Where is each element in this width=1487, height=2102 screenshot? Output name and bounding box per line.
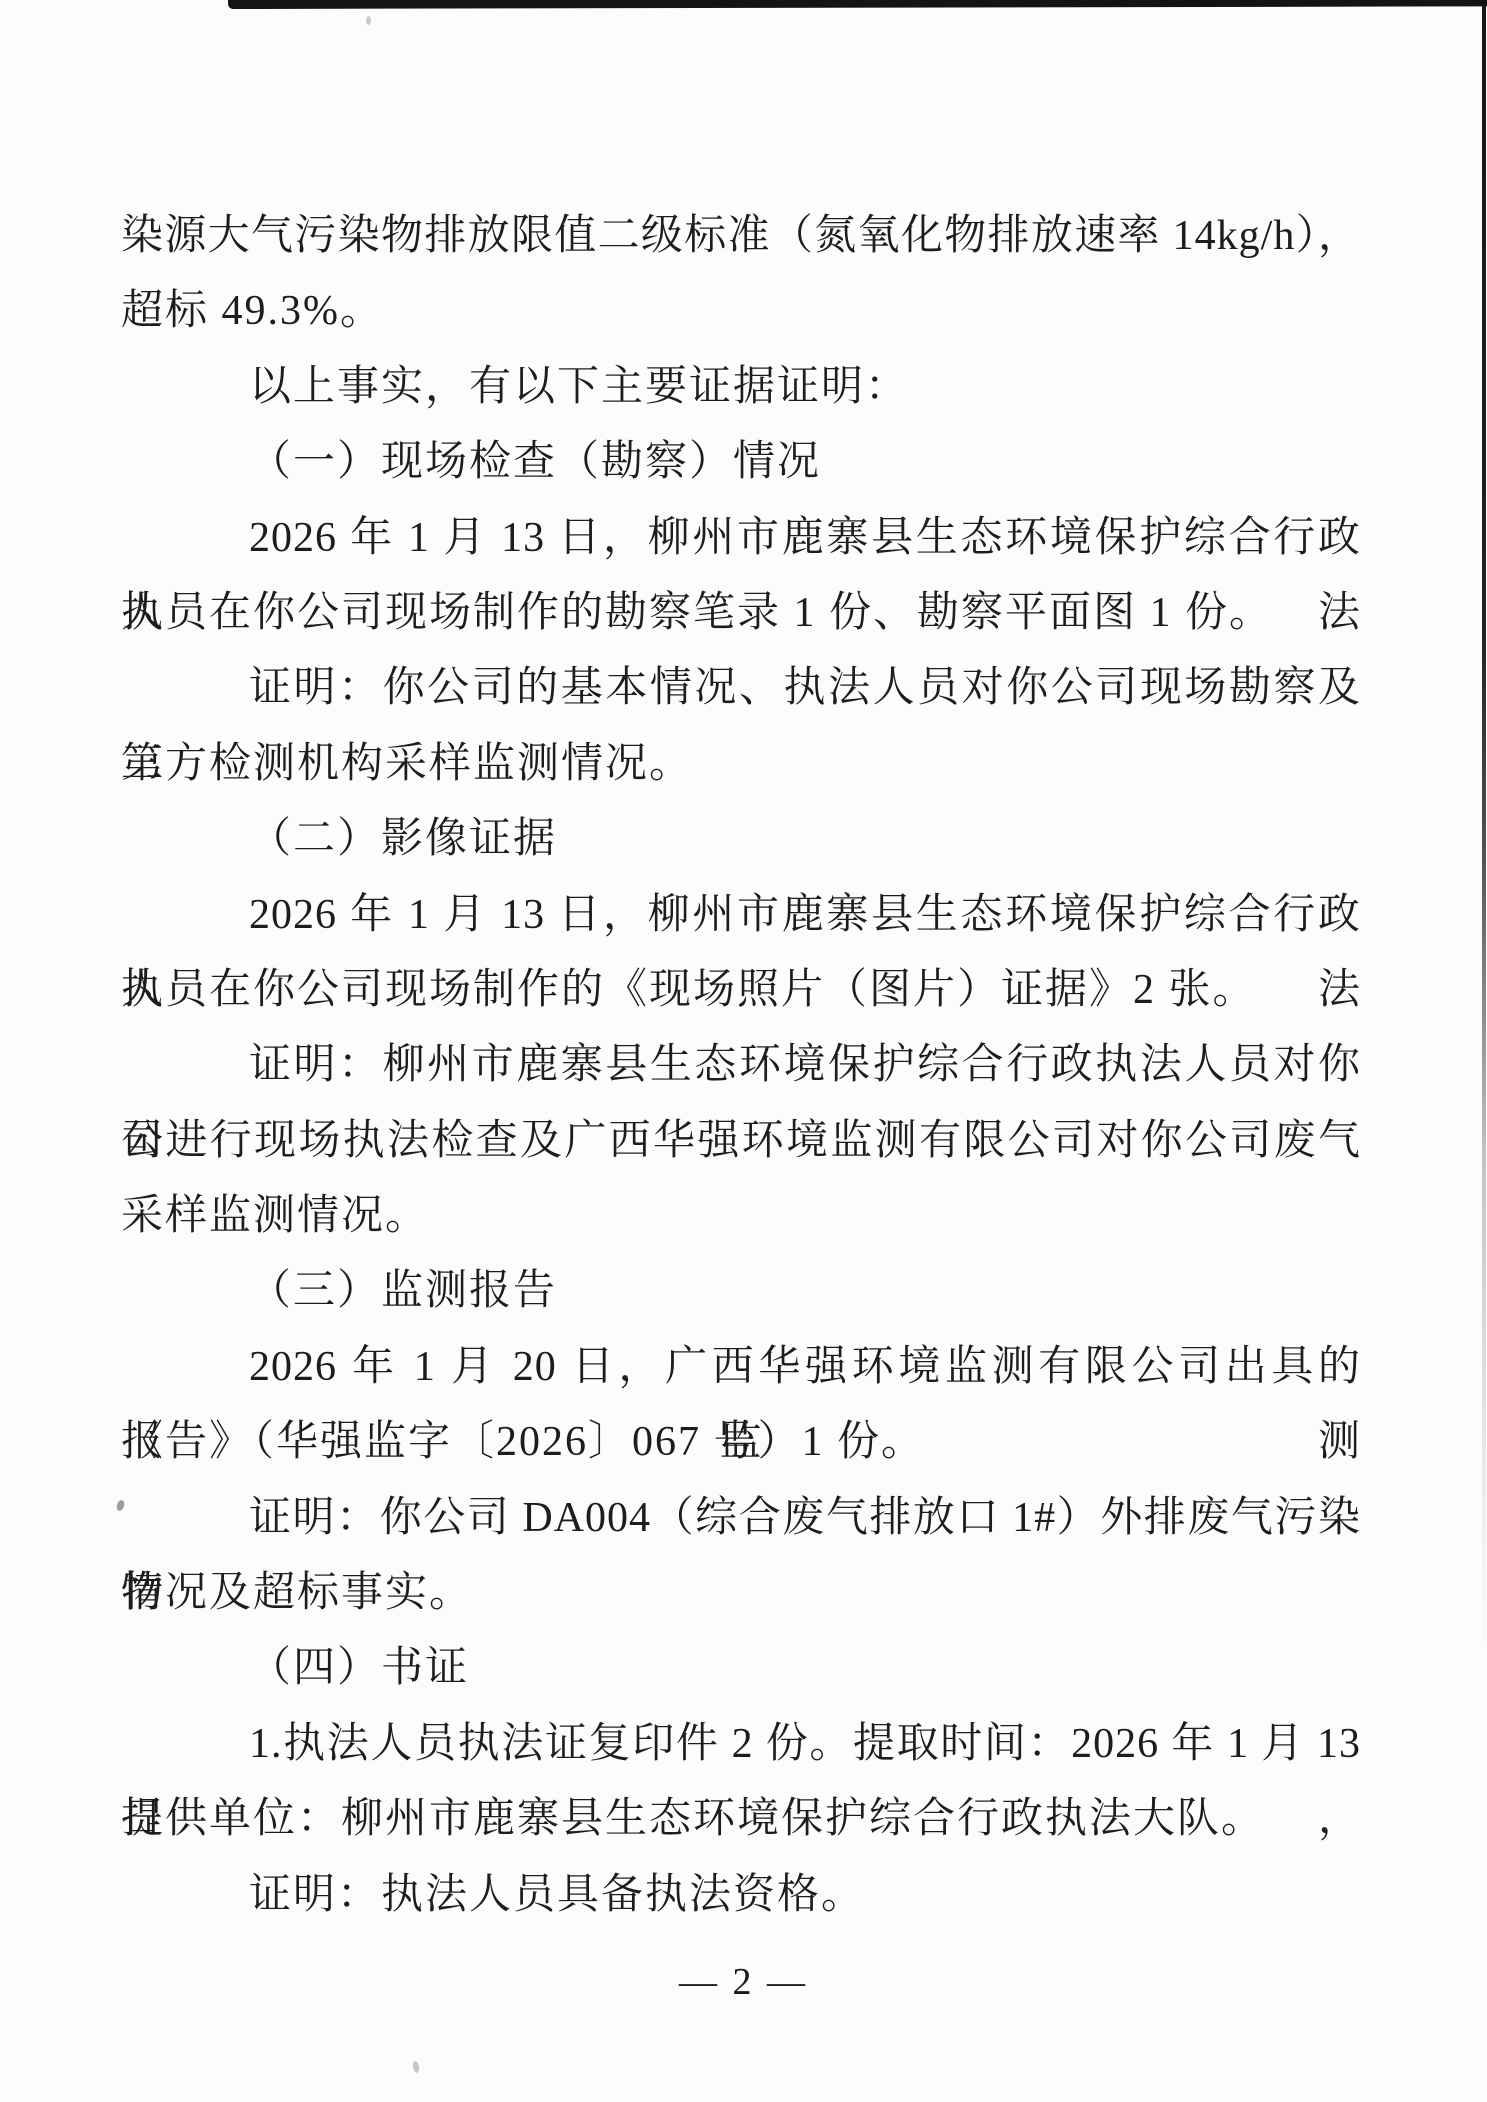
text-line: 人员在你公司现场制作的勘察笔录 1 份、勘察平面图 1 份。 bbox=[121, 576, 1361, 651]
text-line: 2026 年 1 月 20 日，广西华强环境监测有限公司出具的《监测 bbox=[121, 1330, 1361, 1405]
section-heading: （四）书证 bbox=[121, 1631, 1361, 1706]
section-heading: （二）影像证据 bbox=[121, 802, 1361, 877]
text-line: 染源大气污染物排放限值二级标准（氮氧化物排放速率 14kg/h）， bbox=[121, 199, 1361, 274]
scanned-document-page: 染源大气污染物排放限值二级标准（氮氧化物排放速率 14kg/h）， 超标 49.… bbox=[0, 0, 1487, 2102]
text-line: 采样监测情况。 bbox=[121, 1179, 1361, 1254]
text-line: 情况及超标事实。 bbox=[121, 1556, 1361, 1631]
scan-speck bbox=[412, 2061, 420, 2074]
text-line: 超标 49.3%。 bbox=[121, 274, 1361, 349]
page-number: — 2 — bbox=[0, 1960, 1487, 2004]
document-body: 染源大气污染物排放限值二级标准（氮氧化物排放速率 14kg/h）， 超标 49.… bbox=[121, 199, 1361, 1933]
text-line: 证明：你公司 DA004（综合废气排放口 1#）外排废气污染物 bbox=[121, 1481, 1361, 1556]
scan-artifact-top-edge bbox=[228, 0, 1487, 9]
text-line: 以上事实，有以下主要证据证明： bbox=[121, 350, 1361, 425]
text-line: 三方检测机构采样监测情况。 bbox=[121, 727, 1361, 802]
scan-artifact-right-edge bbox=[1482, 4, 1486, 1654]
section-heading: （一）现场检查（勘察）情况 bbox=[121, 425, 1361, 500]
text-line: 司进行现场执法检查及广西华强环境监测有限公司对你公司废气 bbox=[121, 1104, 1361, 1179]
text-line: 证明：执法人员具备执法资格。 bbox=[121, 1858, 1361, 1933]
text-line: 证明：你公司的基本情况、执法人员对你公司现场勘察及第 bbox=[121, 651, 1361, 726]
text-line: 1.执法人员执法证复印件 2 份。提取时间：2026 年 1 月 13 日， bbox=[121, 1707, 1361, 1782]
text-line: 证明：柳州市鹿寨县生态环境保护综合行政执法人员对你公 bbox=[121, 1028, 1361, 1103]
text-line: 2026 年 1 月 13 日，柳州市鹿寨县生态环境保护综合行政执法 bbox=[121, 878, 1361, 953]
section-heading: （三）监测报告 bbox=[121, 1254, 1361, 1329]
text-line: 提供单位：柳州市鹿寨县生态环境保护综合行政执法大队。 bbox=[121, 1782, 1361, 1857]
text-line: 人员在你公司现场制作的《现场照片（图片）证据》2 张。 bbox=[121, 953, 1361, 1028]
text-line: 2026 年 1 月 13 日，柳州市鹿寨县生态环境保护综合行政执法 bbox=[121, 501, 1361, 576]
scan-speck bbox=[366, 16, 371, 25]
